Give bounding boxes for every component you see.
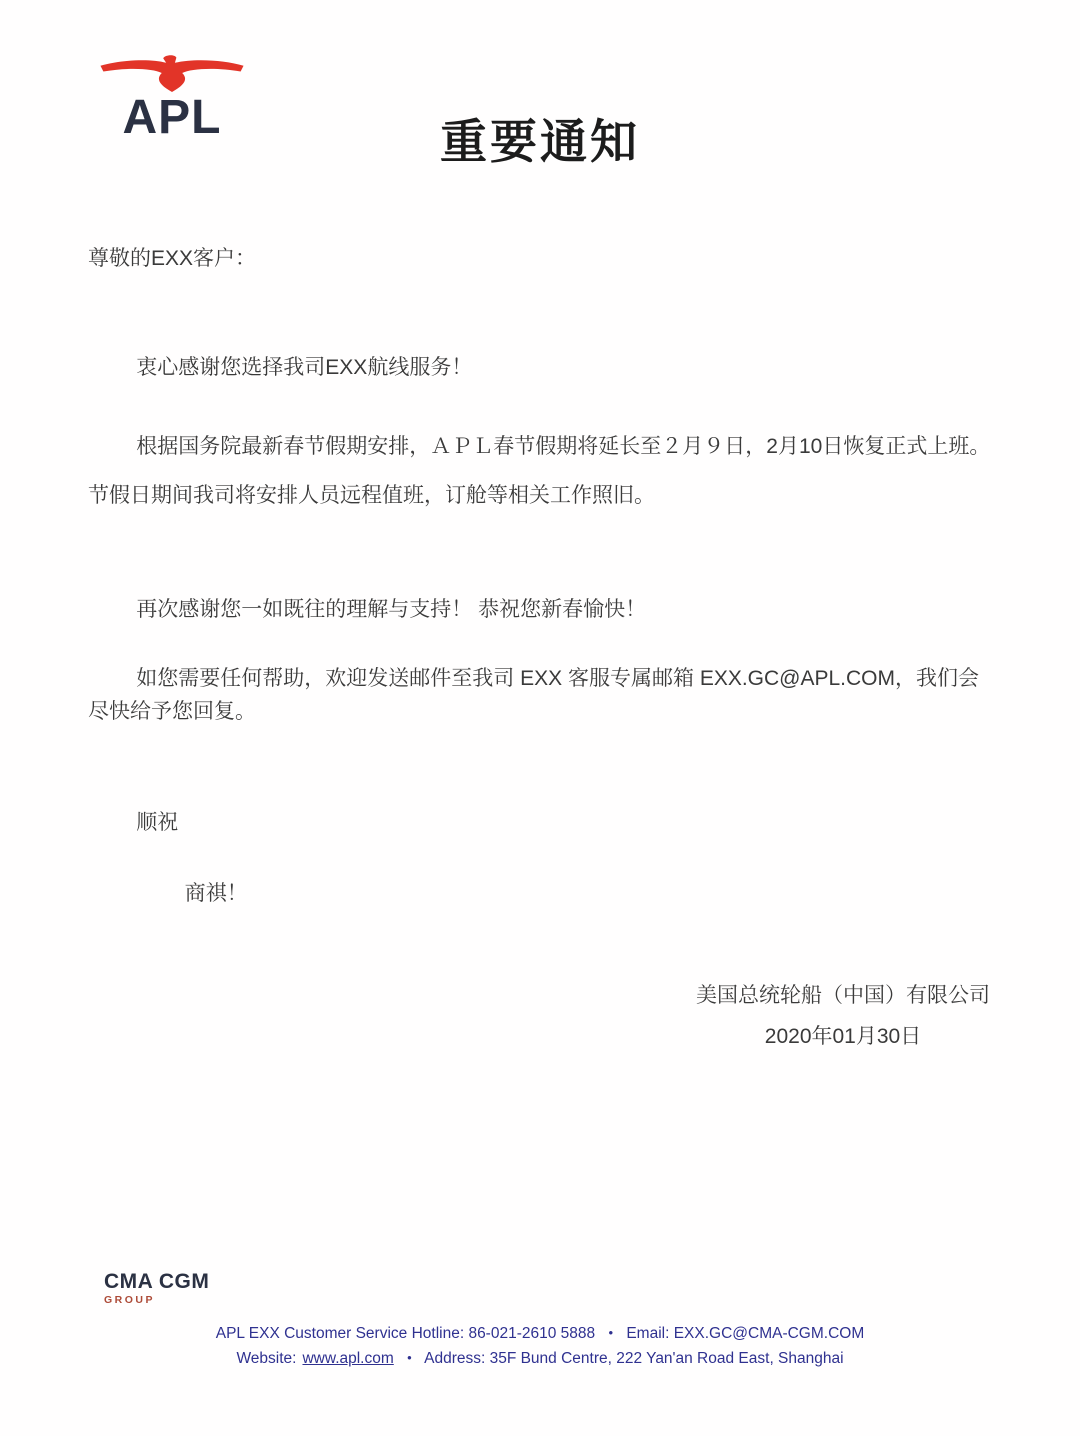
website-label: Website: [236,1350,296,1367]
paragraph-contact-info: 如您需要任何帮助，欢迎发送邮件至我司 EXX 客服专属邮箱 EXX.GC@APL… [88,662,992,729]
bullet-separator: • [608,1323,613,1344]
apl-eagle-icon [99,54,245,92]
cma-cgm-group-logo: CMA CGM GROUP [104,1270,209,1306]
signature-company: 美国总统轮船（中国）有限公司 [696,976,990,1017]
signature-block: 美国总统轮船（中国）有限公司 2020年01月30日 [696,976,990,1058]
footer-line-website-address: Website:www.apl.com • Address: 35F Bund … [0,1347,1080,1372]
apl-logo: APL [98,54,246,142]
salutation: 尊敬的EXX客户： [88,243,992,275]
cma-cgm-logo-text: CMA CGM [104,1270,209,1294]
notice-letter-page: APL 重要通知 尊敬的EXX客户： 衷心感谢您选择我司EXX航线服务！ 根据国… [0,0,1080,1436]
hotline-text: APL EXX Customer Service Hotline: 86-021… [216,1325,595,1342]
footer-line-hotline-email: APL EXX Customer Service Hotline: 86-021… [0,1322,1080,1347]
closing-line-2: 商祺！ [88,878,992,910]
signature-date: 2020年01月30日 [696,1017,990,1058]
paragraph-appreciation: 再次感谢您一如既往的理解与支持！ 恭祝您新春愉快！ [88,594,992,626]
paragraph-thanks: 衷心感谢您选择我司EXX航线服务！ [88,352,992,384]
footer-contact: APL EXX Customer Service Hotline: 86-021… [0,1322,1080,1372]
email-text: Email: EXX.GC@CMA-CGM.COM [626,1325,864,1342]
paragraph-holiday-notice: 根据国务院最新春节假期安排，ＡＰＬ春节假期将延长至２月９日，2月10日恢复正式上… [88,422,992,520]
closing-line-1: 顺祝 [88,807,992,839]
address-text: Address: 35F Bund Centre, 222 Yan'an Roa… [424,1350,843,1367]
letter-body: 尊敬的EXX客户： 衷心感谢您选择我司EXX航线服务！ 根据国务院最新春节假期安… [0,243,1080,1058]
apl-logo-text: APL [98,94,246,142]
bullet-separator: • [407,1348,412,1369]
cma-group-label: GROUP [104,1294,209,1306]
website-link[interactable]: www.apl.com [302,1350,393,1367]
